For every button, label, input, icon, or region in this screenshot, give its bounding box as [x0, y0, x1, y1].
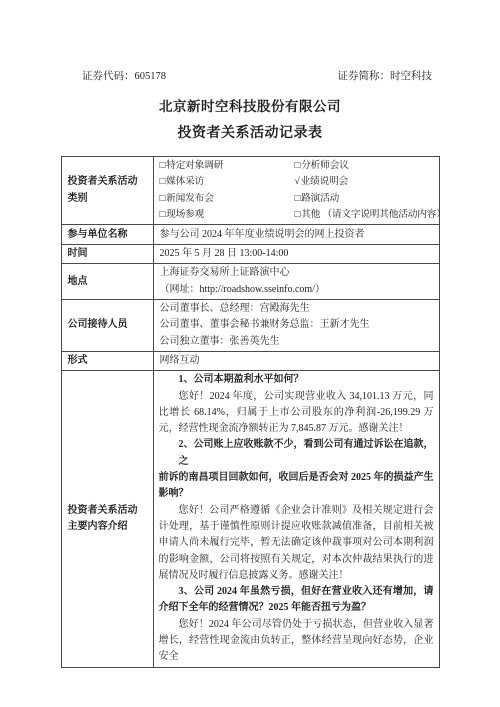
option-site-visit: □现场参观	[160, 207, 295, 223]
option-label: 其他 （请文字说明其他活动内容）	[301, 209, 446, 220]
main-content-body: 1、公司本期盈利水平如何？ 您好！2024 年度，公司实现营业收入 34,101…	[153, 371, 439, 667]
format-value: 网络互动	[153, 351, 439, 370]
option-roadshow: □路演活动	[295, 191, 435, 207]
option-label: 媒体采访	[166, 176, 204, 187]
option-label: 路演活动	[301, 193, 339, 204]
row-receptionists: 公司接待人员 公司董事长、总经理：宫殿海先生 公司董事、董事会秘书兼财务总监：王…	[61, 300, 439, 352]
option-label: 业绩说明会	[301, 176, 348, 187]
activity-type-label: 投资者关系活动 类别	[61, 157, 153, 225]
question-3: 3、公司 2024 年虽然亏损，但好在营业收入还有增加，请介绍下全年的经营情况？…	[159, 584, 434, 617]
receptionists-label: 公司接待人员	[61, 300, 153, 352]
document-page: 证券代码：605178 证券简称：时空科技 北京新时空科技股份有限公司 投资者关…	[0, 0, 500, 668]
question-1: 1、公司本期盈利水平如何？	[159, 372, 434, 388]
checkbox-icon: □	[295, 193, 301, 204]
checkbox-icon: □	[160, 193, 166, 204]
row-format: 形式 网络互动	[61, 351, 439, 370]
location-label: 地点	[61, 264, 153, 300]
option-line: □特定对象调研 □分析师会议	[160, 158, 435, 174]
record-table: 投资者关系活动 类别 □特定对象调研 □分析师会议 □媒体采访 √业绩说明会 □…	[61, 156, 440, 668]
time-label: 时间	[61, 245, 153, 264]
option-label: 特定对象调研	[166, 160, 223, 171]
option-press-conference: □新闻发布会	[160, 191, 295, 207]
option-line: □现场参观 □其他 （请文字说明其他活动内容）	[160, 207, 435, 223]
row-location: 地点 上海证券交易所上证路演中心 （网址：http://roadshow.sse…	[61, 264, 439, 300]
question-2-line1: 2、公司账上应收账款不少，看到公司有通过诉讼在追款，	[159, 437, 434, 453]
row-main-content: 投资者关系活动 主要内容介绍 1、公司本期盈利水平如何？ 您好！2024 年度，…	[61, 371, 439, 667]
stock-abbreviation: 证券简称：时空科技	[338, 70, 433, 84]
receptionists-value: 公司董事长、总经理：宫殿海先生 公司董事、董事会秘书兼财务总监：王新才先生 公司…	[153, 300, 439, 352]
checkbox-icon: □	[295, 160, 301, 171]
option-label: 新闻发布会	[166, 193, 213, 204]
activity-type-options: □特定对象调研 □分析师会议 □媒体采访 √业绩说明会 □新闻发布会 □路演活动…	[153, 157, 439, 225]
answer-3: 您好！2024 年公司尽管仍处于亏损状态，但营业收入显著增长，经营性现金流由负转…	[159, 617, 434, 666]
checkbox-icon: □	[295, 209, 301, 220]
format-label: 形式	[61, 351, 153, 370]
answer-1: 您好！2024 年度，公司实现营业收入 34,101.13 万元，同比增长 68…	[159, 389, 434, 438]
option-earnings-briefing: √业绩说明会	[295, 174, 435, 190]
answer-2: 您好！公司严格遵循《企业会计准则》及相关规定进行会计处理，基于谨慎性原则计提应收…	[159, 503, 434, 584]
row-participants: 参与单位名称 参与公司 2024 年年度业绩说明会的网上投资者	[61, 225, 439, 245]
question-2-line2: 之	[159, 454, 434, 470]
company-title: 北京新时空科技股份有限公司	[0, 97, 500, 116]
checkmark-icon: √	[295, 176, 300, 187]
document-title: 投资者关系活动记录表	[0, 124, 500, 143]
checkbox-icon: □	[160, 160, 166, 171]
option-label: 分析师会议	[301, 160, 348, 171]
option-analyst-meeting: □分析师会议	[295, 158, 435, 174]
participants-label: 参与单位名称	[61, 225, 153, 245]
checkbox-icon: □	[160, 176, 166, 187]
stock-code: 证券代码：605178	[82, 70, 166, 84]
option-line: □新闻发布会 □路演活动	[160, 191, 435, 207]
main-content-label: 投资者关系活动 主要内容介绍	[61, 371, 153, 667]
question-2-line3: 前诉的南昌项目回款如何，收回后是否会对 2025 年的损益产生影响？	[159, 470, 434, 503]
option-line: □媒体采访 √业绩说明会	[160, 174, 435, 190]
option-media-interview: □媒体采访	[160, 174, 295, 190]
checkbox-icon: □	[160, 209, 166, 220]
row-activity-type: 投资者关系活动 类别 □特定对象调研 □分析师会议 □媒体采访 √业绩说明会 □…	[61, 157, 439, 225]
option-other: □其他 （请文字说明其他活动内容）	[295, 207, 446, 223]
option-research: □特定对象调研	[160, 158, 295, 174]
time-value: 2025 年 5 月 28 日 13:00-14:00	[153, 245, 439, 264]
location-value: 上海证券交易所上证路演中心 （网址：http://roadshow.sseinf…	[153, 264, 439, 300]
row-time: 时间 2025 年 5 月 28 日 13:00-14:00	[61, 245, 439, 264]
option-label: 现场参观	[166, 209, 204, 220]
participants-value: 参与公司 2024 年年度业绩说明会的网上投资者	[153, 225, 439, 245]
securities-header: 证券代码：605178 证券简称：时空科技	[60, 70, 440, 84]
